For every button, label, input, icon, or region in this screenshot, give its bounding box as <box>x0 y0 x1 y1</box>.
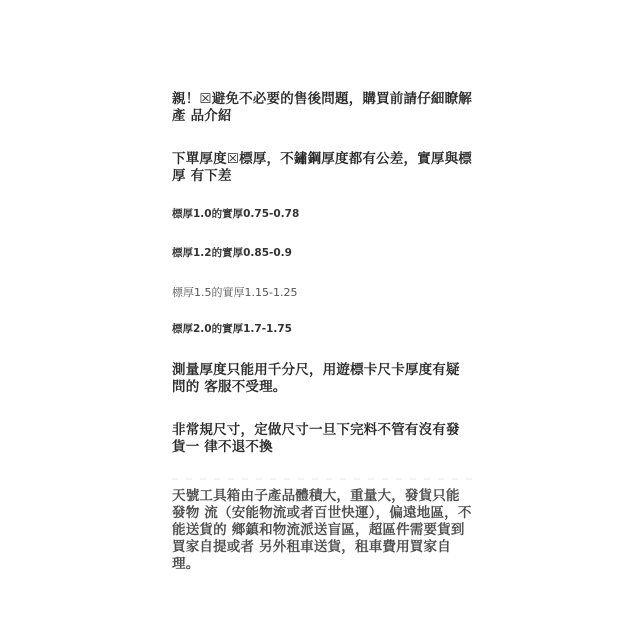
thickness-note-paragraph: 下單厚度☒標厚，不鏽鋼厚度都有公差，實厚與標厚 有下差 <box>172 151 472 185</box>
scan-artifact-divider <box>172 478 472 480</box>
thickness-spec-1: 標厚1.0的實厚0.75-0.78 <box>172 207 472 221</box>
thickness-spec-3: 標厚1.5的實厚1.15-1.25 <box>172 286 472 300</box>
thickness-spec-2: 標厚1.2的實厚0.85-0.9 <box>172 246 472 260</box>
custom-size-note-paragraph: 非常規尺寸，定做尺寸一旦下完料不管有沒有發貨一 律不退不換 <box>172 422 472 456</box>
thickness-spec-4: 標厚2.0的實厚1.7-1.75 <box>172 322 472 336</box>
intro-paragraph: 親！☒避免不必要的售後問題，購買前請仔細瞭解產 品介紹 <box>172 91 472 125</box>
shipping-note-paragraph: 天號工具箱由子產品體積大，重量大，發貨只能發物 流（安能物流或者百世快運），偏遠… <box>172 488 472 573</box>
measurement-note-paragraph: 測量厚度只能用千分尺，用遊標卡尺卡厚度有疑問的 客服不受理。 <box>172 362 472 396</box>
